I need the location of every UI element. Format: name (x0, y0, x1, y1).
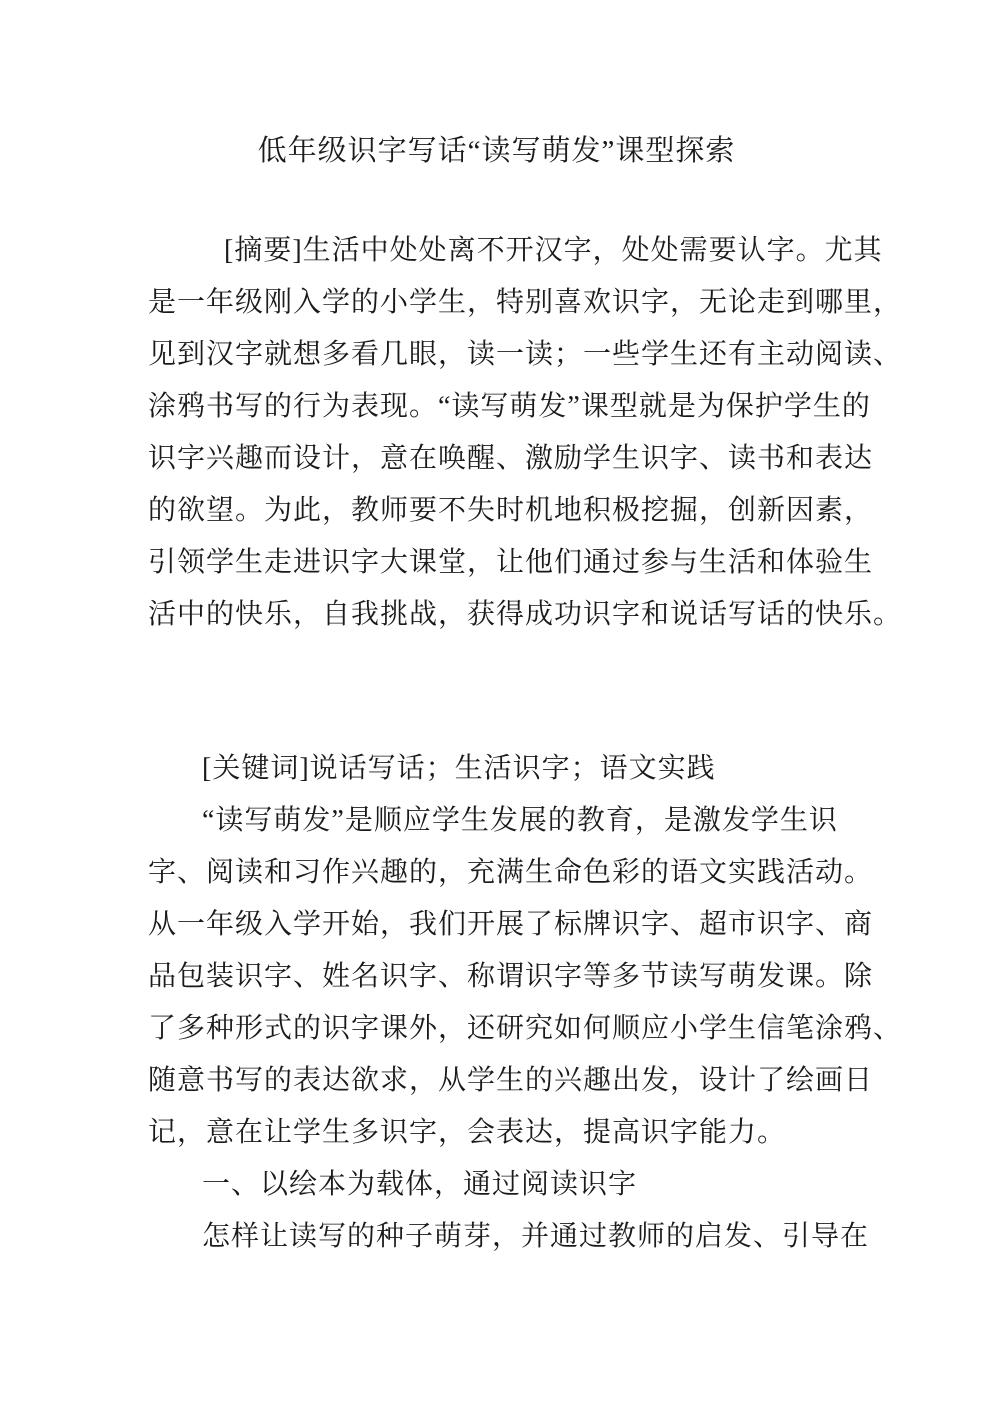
body-line: 记，意在让学生多识字，会表达，提高识字能力。 (148, 1107, 850, 1159)
document-page: 低年级识字写话“读写萌发”课型探索 [摘要]生活中处处离不开汉字，处处需要认字。… (0, 0, 993, 1404)
body-line: 了多种形式的识字课外，还研究如何顺应小学生信笔涂鸦、 (148, 1003, 850, 1055)
section-first-line: 怎样让读写的种子萌芽，并通过教师的启发、引导在 (148, 1211, 850, 1263)
body-line: 品包装识字、姓名识字、称谓识字等多节读写萌发课。除 (148, 951, 850, 1003)
abstract-line: 识字兴趣而设计，意在唤醒、激励学生识字、读书和表达 (148, 433, 850, 485)
document-title: 低年级识字写话“读写萌发”课型探索 (0, 131, 993, 171)
section-heading: 一、以绘本为载体，通过阅读识字 (148, 1159, 850, 1211)
abstract-line: [摘要]生活中处处离不开汉字，处处需要认字。尤其 (148, 225, 850, 277)
body-line: 字、阅读和习作兴趣的，充满生命色彩的语文实践活动。 (148, 847, 850, 899)
abstract-line: 涂鸦书写的行为表现。“读写萌发”课型就是为保护学生的 (148, 381, 850, 433)
document-content: [摘要]生活中处处离不开汉字，处处需要认字。尤其 是一年级刚入学的小学生，特别喜… (148, 225, 850, 1263)
abstract-line: 引领学生走进识字大课堂，让他们通过参与生活和体验生 (148, 537, 850, 589)
body-line: 从一年级入学开始，我们开展了标牌识字、超市识字、商 (148, 899, 850, 951)
keywords-line: [关键词]说话写话；生活识字；语文实践 (148, 743, 850, 795)
abstract-line: 见到汉字就想多看几眼，读一读；一些学生还有主动阅读、 (148, 329, 850, 381)
body-line: “读写萌发”是顺应学生发展的教育，是激发学生识 (148, 795, 850, 847)
abstract-line: 活中的快乐，自我挑战，获得成功识字和说话写话的快乐。 (148, 589, 850, 641)
body-line: 随意书写的表达欲求，从学生的兴趣出发，设计了绘画日 (148, 1055, 850, 1107)
abstract-line: 的欲望。为此，教师要不失时机地积极挖掘，创新因素， (148, 485, 850, 537)
paragraph-gap (148, 641, 850, 743)
abstract-line: 是一年级刚入学的小学生，特别喜欢识字，无论走到哪里， (148, 277, 850, 329)
